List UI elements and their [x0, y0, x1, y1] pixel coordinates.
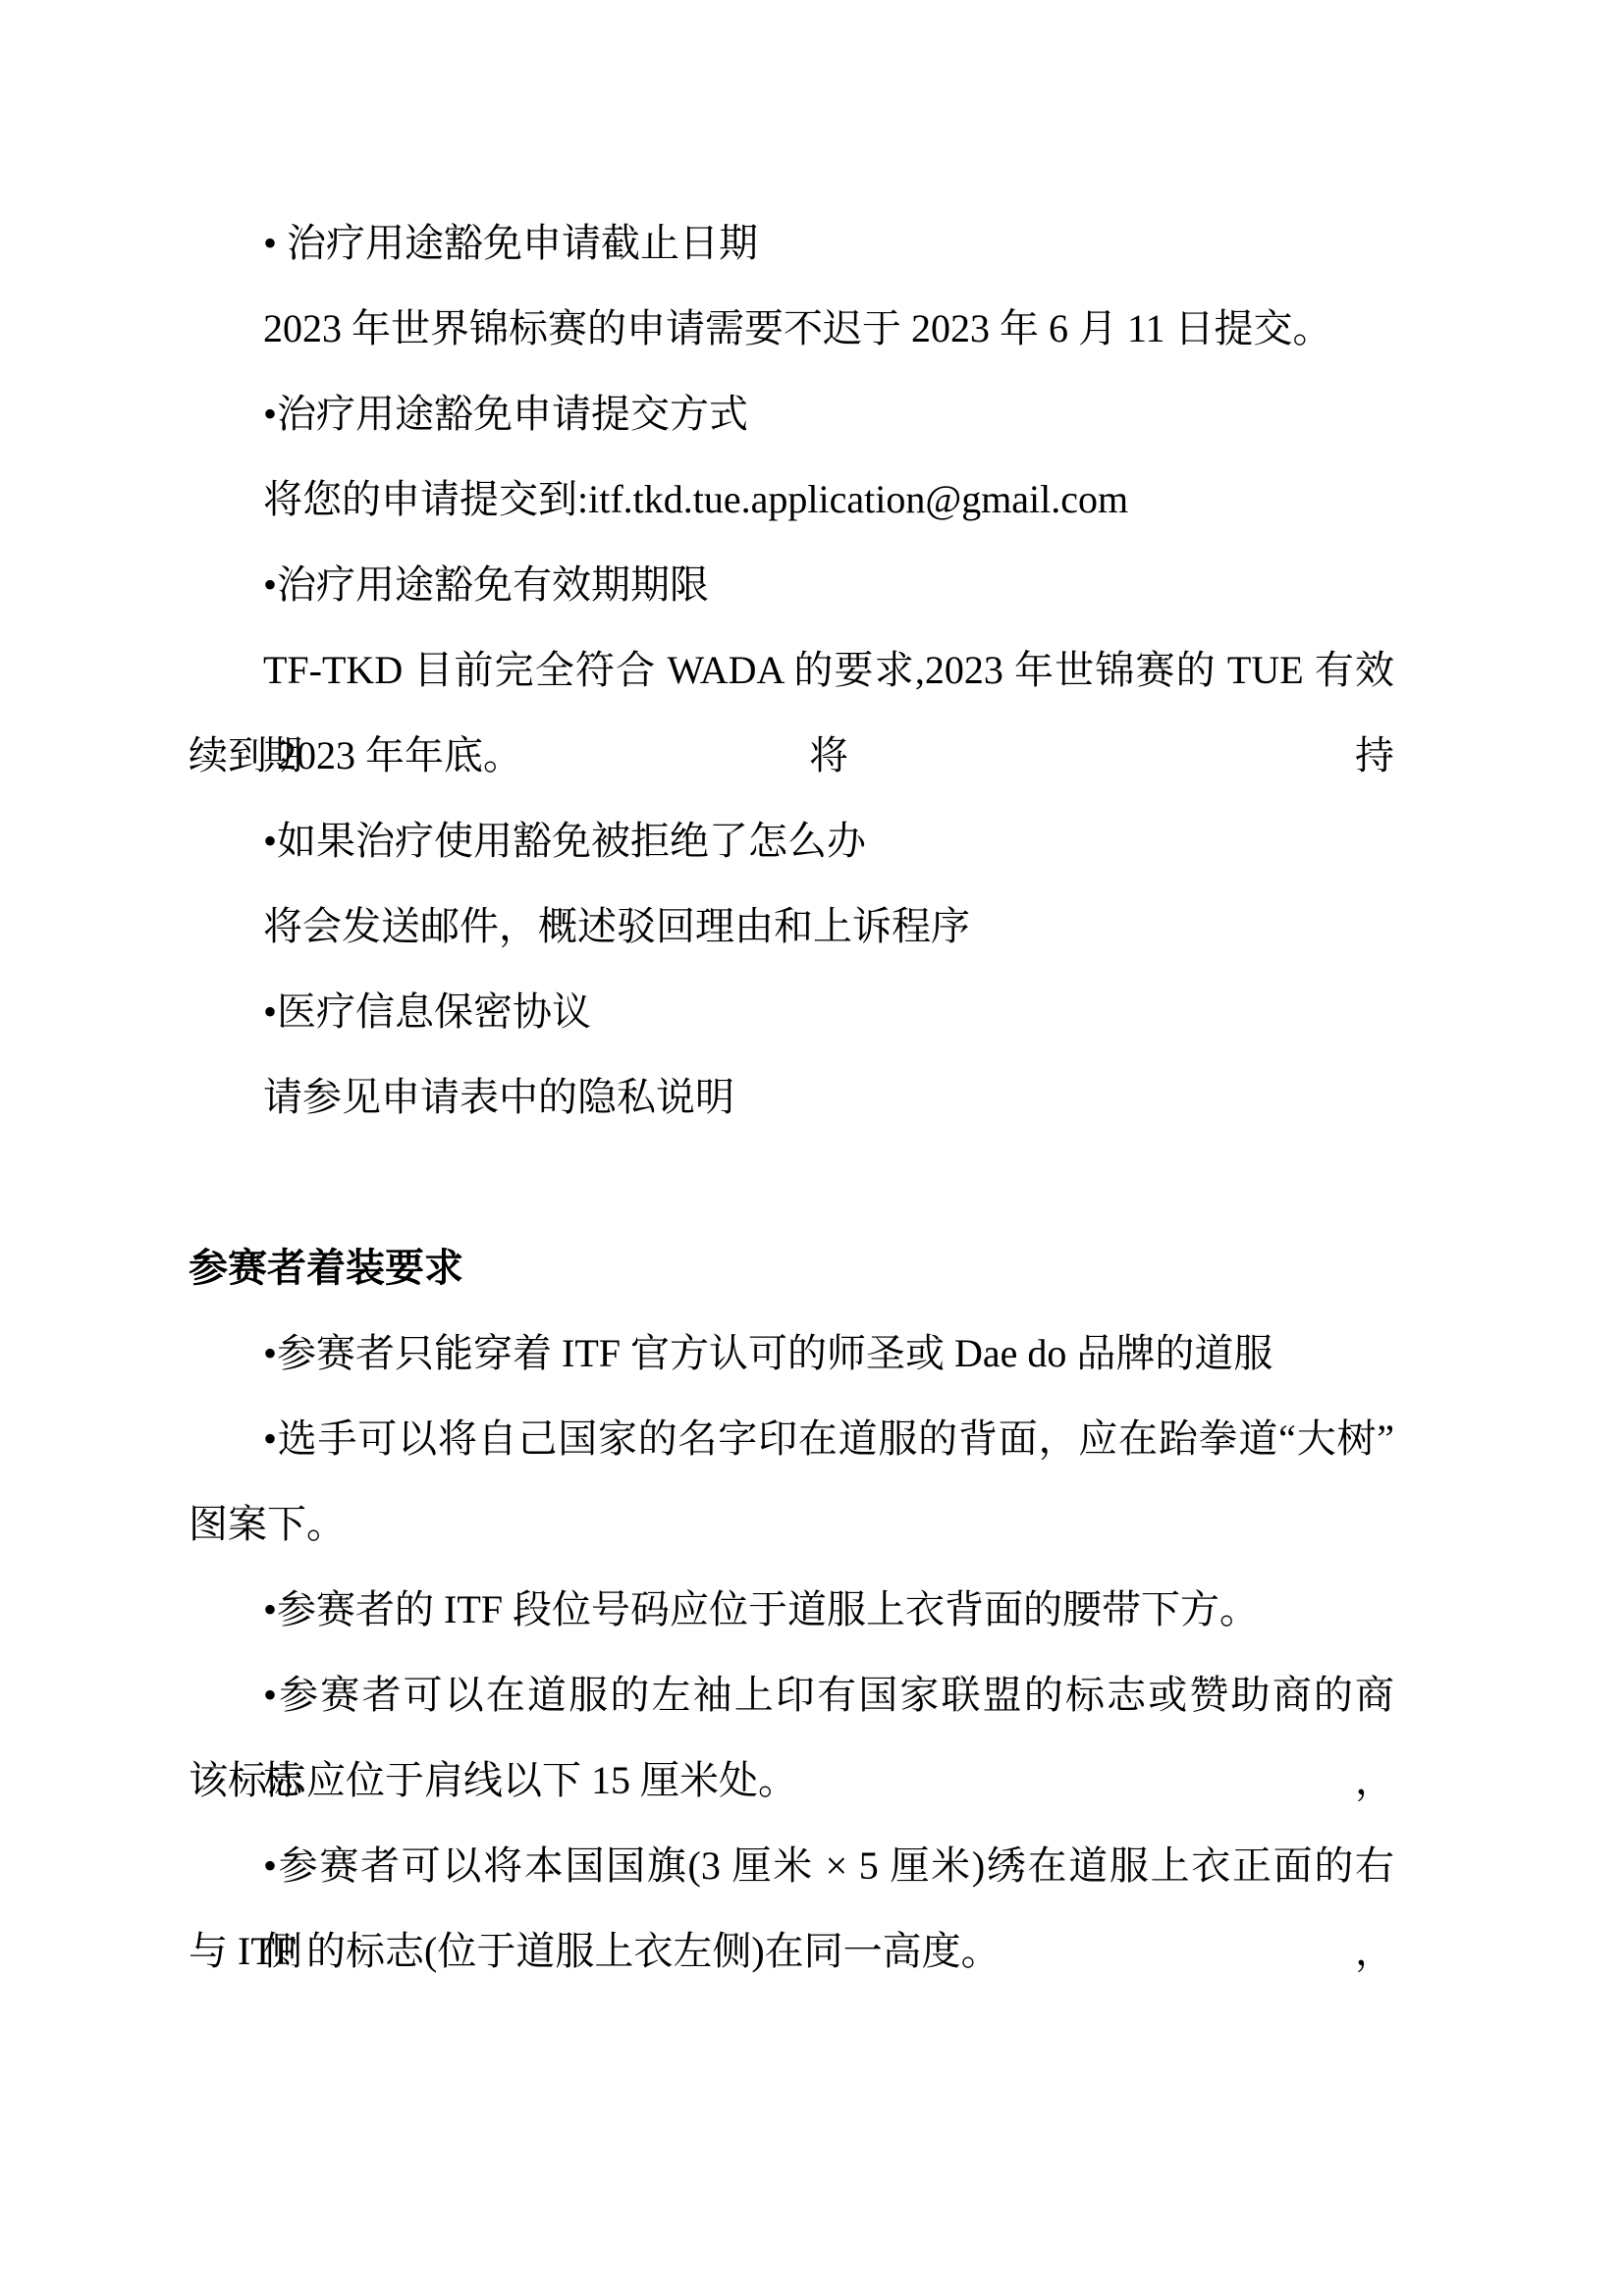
bullet-tue-submission-title: •治疗用途豁免申请提交方式: [189, 371, 1394, 456]
line-tue-rejection-body: 将会发送邮件，概述驳回理由和上诉程序: [189, 883, 1394, 969]
bullet-tue-validity-title: •治疗用途豁免有效期期限: [189, 542, 1394, 627]
bullet-dress-left-sleeve-1: •参赛者可以在道服的左袖上印有国家联盟的标志或赞助商的商标，: [189, 1652, 1394, 1737]
section-heading-dress-code: 参赛者着装要求: [189, 1225, 1394, 1310]
line-tue-validity-body-1: TF-TKD 目前完全符合 WADA 的要求,2023 年世锦赛的 TUE 有效…: [189, 627, 1394, 713]
bullet-dress-country-name-1: •选手可以将自己国家的名字印在道服的背面，应在跆拳道“大树”: [189, 1396, 1394, 1481]
line-dress-country-name-2: 图案下。: [189, 1481, 1394, 1567]
bullet-tue-rejection-title: •如果治疗使用豁免被拒绝了怎么办: [189, 798, 1394, 883]
document-page: • 治疗用途豁免申请截止日期 2023 年世界锦标赛的申请需要不迟于 2023 …: [189, 200, 1394, 1994]
bullet-tue-deadline-title: • 治疗用途豁免申请截止日期: [189, 200, 1394, 286]
blank-spacer-line: [189, 1140, 1394, 1225]
bullet-dress-flag-1: •参赛者可以将本国国旗(3 厘米 × 5 厘米)绣在道服上衣正面的右侧，: [189, 1823, 1394, 1908]
line-medical-confidentiality-body: 请参见申请表中的隐私说明: [189, 1054, 1394, 1140]
line-tue-submission-email: 将您的申请提交到:itf.tkd.tue.application@gmail.c…: [189, 456, 1394, 542]
bullet-dress-brand: •参赛者只能穿着 ITF 官方认可的师圣或 Dae do 品牌的道服: [189, 1310, 1394, 1396]
bullet-medical-confidentiality-title: •医疗信息保密协议: [189, 969, 1394, 1054]
line-tue-deadline-body: 2023 年世界锦标赛的申请需要不迟于 2023 年 6 月 11 日提交。: [189, 286, 1394, 371]
bullet-dress-dan-number: •参赛者的 ITF 段位号码应位于道服上衣背面的腰带下方。: [189, 1567, 1394, 1652]
